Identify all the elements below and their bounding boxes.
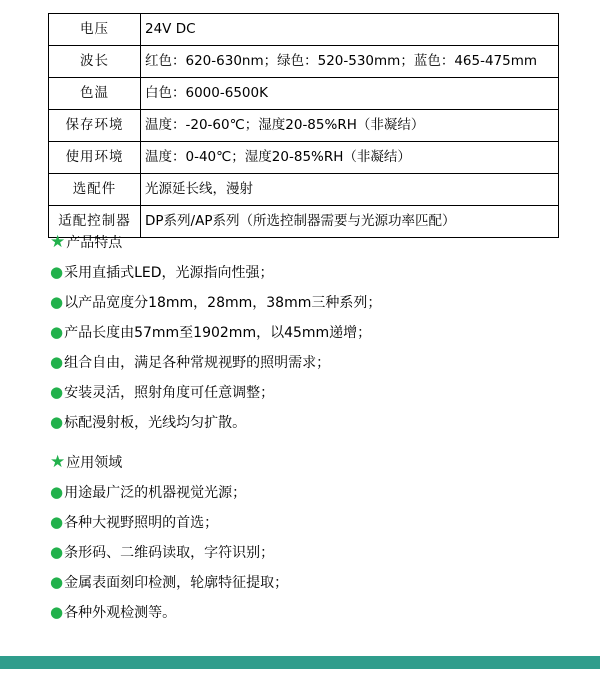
list-item-text: 安装灵活，照射角度可任意调整；	[64, 382, 274, 402]
features-section-title: ★产品特点	[50, 227, 570, 257]
bullet-icon: ●	[50, 385, 63, 400]
list-item-text: 金属表面刻印检测，轮廓特征提取；	[64, 572, 288, 592]
list-item: ●用途最广泛的机器视觉光源；	[50, 477, 570, 507]
spec-label: 选配件	[49, 174, 141, 206]
spec-label: 波长	[49, 46, 141, 78]
features-section: ★产品特点 ●采用直插式LED，光源指向性强； ●以产品宽度分18mm，28mm…	[50, 227, 570, 437]
spec-value: 光源延长线，漫射	[141, 174, 559, 206]
bullet-icon: ●	[50, 605, 63, 620]
list-item: ●标配漫射板，光线均匀扩散。	[50, 407, 570, 437]
spec-value: 温度：0-40℃；湿度20-85%RH（非凝结）	[141, 142, 559, 174]
list-item-text: 采用直插式LED，光源指向性强；	[64, 262, 273, 282]
bullet-icon: ●	[50, 545, 63, 560]
bullet-icon: ●	[50, 485, 63, 500]
list-item: ●组合自由，满足各种常规视野的照明需求；	[50, 347, 570, 377]
bullet-icon: ●	[50, 355, 63, 370]
list-item: ●产品长度由57mm至1902mm，以45mm递增；	[50, 317, 570, 347]
star-icon: ★	[50, 454, 65, 471]
list-item: ●各种大视野照明的首选；	[50, 507, 570, 537]
list-item-text: 各种大视野照明的首选；	[64, 512, 218, 532]
section-title-text: 应用领域	[66, 452, 122, 472]
list-item: ●条形码、二维码读取，字符识别；	[50, 537, 570, 567]
table-row: 电压 24V DC	[49, 14, 559, 46]
list-item-text: 标配漫射板，光线均匀扩散。	[64, 412, 246, 432]
spec-label: 电压	[49, 14, 141, 46]
spec-value: 24V DC	[141, 14, 559, 46]
list-item: ●各种外观检测等。	[50, 597, 570, 627]
spec-label: 色温	[49, 78, 141, 110]
bullet-icon: ●	[50, 325, 63, 340]
content: ★产品特点 ●采用直插式LED，光源指向性强； ●以产品宽度分18mm，28mm…	[50, 227, 570, 627]
applications-section: ★应用领域 ●用途最广泛的机器视觉光源； ●各种大视野照明的首选； ●条形码、二…	[50, 447, 570, 627]
list-item-text: 条形码、二维码读取，字符识别；	[64, 542, 274, 562]
spec-value: 温度：-20-60℃；湿度20-85%RH（非凝结）	[141, 110, 559, 142]
table-row: 保存环境 温度：-20-60℃；湿度20-85%RH（非凝结）	[49, 110, 559, 142]
bullet-icon: ●	[50, 265, 63, 280]
table-row: 使用环境 温度：0-40℃；湿度20-85%RH（非凝结）	[49, 142, 559, 174]
list-item: ●金属表面刻印检测，轮廓特征提取；	[50, 567, 570, 597]
list-item: ●安装灵活，照射角度可任意调整；	[50, 377, 570, 407]
spec-label: 保存环境	[49, 110, 141, 142]
footer-bar	[0, 656, 600, 669]
list-item-text: 以产品宽度分18mm，28mm，38mm三种系列；	[64, 292, 381, 312]
applications-section-title: ★应用领域	[50, 447, 570, 477]
list-item-text: 各种外观检测等。	[64, 602, 176, 622]
list-item: ●采用直插式LED，光源指向性强；	[50, 257, 570, 287]
list-item: ●以产品宽度分18mm，28mm，38mm三种系列；	[50, 287, 570, 317]
spec-value: 红色：620-630nm；绿色：520-530mm；蓝色：465-475mm	[141, 46, 559, 78]
bullet-icon: ●	[50, 575, 63, 590]
list-item-text: 组合自由，满足各种常规视野的照明需求；	[64, 352, 330, 372]
spec-label: 使用环境	[49, 142, 141, 174]
table-row: 波长 红色：620-630nm；绿色：520-530mm；蓝色：465-475m…	[49, 46, 559, 78]
bullet-icon: ●	[50, 295, 63, 310]
spec-value: 白色：6000-6500K	[141, 78, 559, 110]
spec-table: 电压 24V DC 波长 红色：620-630nm；绿色：520-530mm；蓝…	[48, 13, 559, 238]
table-row: 选配件 光源延长线，漫射	[49, 174, 559, 206]
bullet-icon: ●	[50, 415, 63, 430]
bullet-icon: ●	[50, 515, 63, 530]
list-item-text: 产品长度由57mm至1902mm，以45mm递增；	[64, 322, 371, 342]
table-row: 色温 白色：6000-6500K	[49, 78, 559, 110]
section-title-text: 产品特点	[66, 232, 122, 252]
star-icon: ★	[50, 234, 65, 251]
product-spec-page: 电压 24V DC 波长 红色：620-630nm；绿色：520-530mm；蓝…	[0, 0, 600, 673]
list-item-text: 用途最广泛的机器视觉光源；	[64, 482, 246, 502]
